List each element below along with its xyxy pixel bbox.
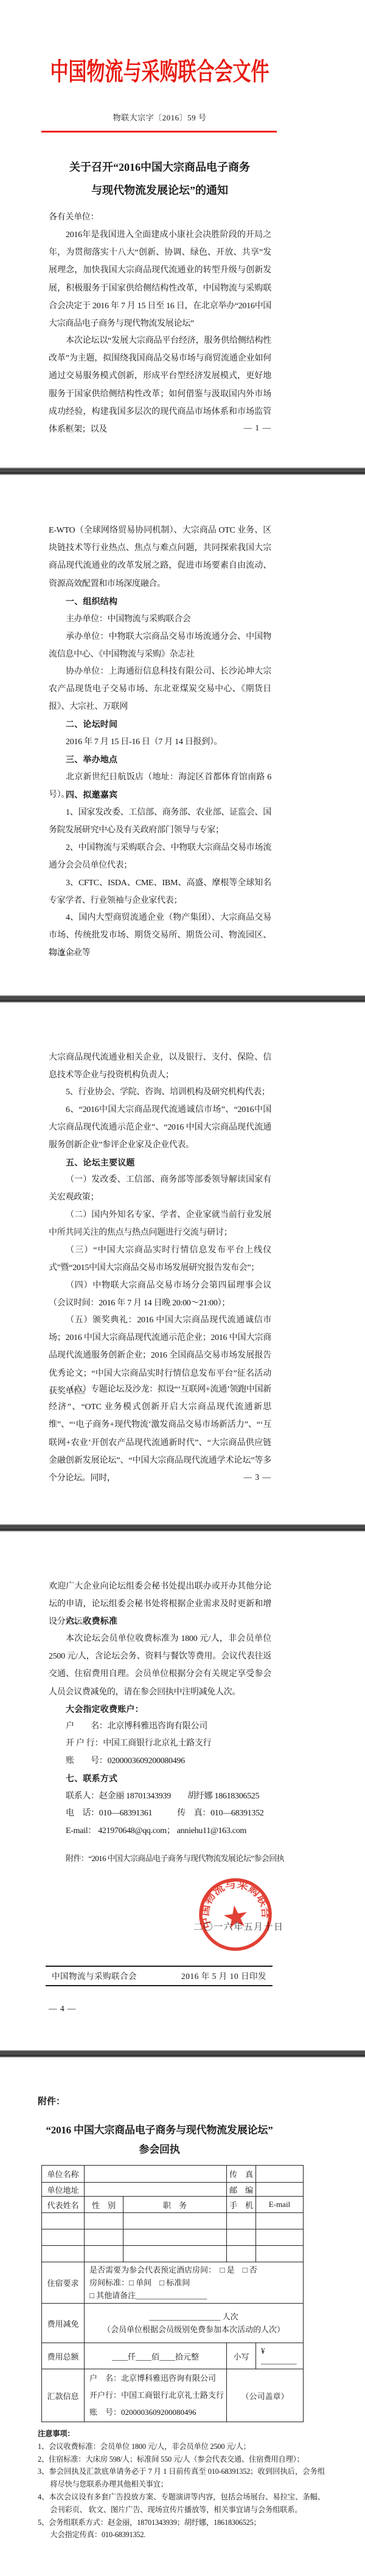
table-row-lodging: 住宿要求 是否需要为参会代表预定酒店房间： □ 是 □ 否 房间标准：□ 单间 … — [42, 2262, 304, 2304]
table-row: 单位地址 邮 编 — [42, 2183, 304, 2197]
paragraph-theme-continued: E-WTO（全球网络贸易协同机制）、大宗商品 OTC 业务、区块链技术等行业热点… — [49, 522, 271, 593]
table-row-remit: 汇款信息 户 名：北京博科雅迅咨询有限公司 开户行：中国工商银行北京礼士路支行 … — [42, 2369, 304, 2422]
seal-graphic: 中国物流与采购联合会 ★ — [192, 1871, 279, 1958]
page-number-4: — 4 — — [49, 2000, 271, 2017]
section-3-heading: 三、举办地点 — [49, 751, 271, 768]
lodging-need-checkboxes: 是否需要为参会代表预定酒店房间： □ 是 □ 否 — [89, 2263, 301, 2276]
attachment-title-line2: 参会回执 — [26, 2141, 293, 2156]
cell-blank — [85, 2213, 123, 2229]
section-2-heading: 二、论坛时间 — [49, 716, 271, 733]
page-break-band-1 — [0, 468, 365, 475]
note-2: 2、住宿标准：大床房 598/人；标准间 550 元/人（参会代表交通、住宿费用… — [38, 2453, 325, 2466]
notes-section: 注意事项： 1、会议收费标准：会员单位 1800 元/人，非会员单位 2500 … — [38, 2428, 325, 2541]
host-unit: 主办单位：中国物流与采购联合会 — [49, 610, 271, 628]
notice-title-line1: 关于召开“2016中国大宗商品电子商务 — [36, 159, 283, 174]
cell-mobile-header: 手 机 — [227, 2197, 256, 2213]
cell-blank — [256, 2213, 304, 2229]
table-blank-row — [42, 2213, 304, 2229]
cell-waiver-content: __________________ 人次 （会员单位根据会员级别免费参加本次活… — [85, 2304, 304, 2343]
note-5-fax: 大会指定传真：010-68391352. — [38, 2529, 325, 2541]
document-number: 物联大宗字〔2016〕59 号 — [36, 111, 283, 123]
cell-blank — [227, 2246, 256, 2262]
cell-zip-label: 邮 编 — [227, 2183, 256, 2197]
account-bank: 开 户 行：中国工商银行北京礼士路支行 — [49, 1735, 271, 1752]
cell-company-address-label: 单位地址 — [42, 2183, 85, 2197]
note-3: 3、参会回执及汇款底单请务必于 7 月 1 日前传真至 010-68391352… — [38, 2465, 325, 2491]
table-blank-row — [42, 2229, 304, 2246]
page-break-band-2 — [0, 995, 365, 1003]
section-1-heading: 一、组织结构 — [49, 593, 271, 610]
cell-blank — [42, 2229, 85, 2246]
note-4: 4、本次会议设有多套广告投放方案、专题演讲等内容，包括会场展台、易拉宝、条幅、会… — [38, 2491, 325, 2516]
cell-remit-label: 汇款信息 — [42, 2369, 85, 2422]
cell-total-label: 费用总额 — [42, 2343, 85, 2369]
waiver-count-blank: __________________ 人次 — [87, 2310, 301, 2323]
cell-blank — [42, 2213, 85, 2229]
note-5: 5、会务组联系方式：赵金丽，18701343939；胡纡娜，1861830652… — [38, 2516, 325, 2529]
waiver-note: （会员单位根据会员级别免费参加本次活动的人次） — [87, 2323, 301, 2336]
reply-form-table: 单位名称 传 真 单位地址 邮 编 代表姓名 性 别 职 务 手 机 E-mai… — [41, 2165, 304, 2422]
section-4-heading: 四、拟邀嘉宾 — [49, 786, 271, 804]
cell-blank — [85, 2229, 123, 2246]
cell-company-name-input — [85, 2166, 227, 2183]
cell-blank — [85, 2246, 123, 2262]
red-divider-line — [41, 131, 277, 133]
remit-account-number: 账 号：0200003609200080496 — [89, 2404, 224, 2421]
cell-fax-input — [256, 2166, 304, 2183]
seal-star-icon: ★ — [220, 1898, 251, 1936]
guest-item-3: 3、CFTC、ISDA、CME、IBM、高盛、摩根等全球知名专家学者、行业领袖与… — [49, 874, 271, 910]
cell-fax-label: 传 真 — [227, 2166, 256, 2183]
section-7-heading: 七、联系方式 — [49, 1770, 271, 1787]
account-heading: 大会指定收费账户： — [49, 1701, 271, 1718]
account-number: 账 号：0200003609200080496 — [49, 1752, 271, 1770]
page-break-band-3 — [0, 1524, 365, 1531]
fee-paragraph: 本次论坛会员单位收费标准为 1800 元/人，非会员单位 2500 元/人，含论… — [49, 1630, 271, 1701]
topic-2: （二）国内外知名专家、学者、企业家就当前行业发展中所共同关注的焦点与热点问题进行… — [49, 1206, 271, 1241]
cell-blank — [123, 2246, 227, 2262]
guest-item-6: 6、“2016中国大宗商品现代流通诚信市场”、“2016中国大宗商品现代流通示范… — [49, 1101, 271, 1155]
footer-print-date: 2016 年 5 月 10 日印发 — [181, 1969, 266, 1981]
cell-blank — [256, 2229, 304, 2246]
lodging-room-type-checkboxes: 房间标准：□ 单间 □ 标准间 — [89, 2276, 301, 2289]
remit-bank: 开户行：中国工商银行北京礼士路支行 — [89, 2387, 224, 2404]
lodging-other-checkbox: □ 其他请备注__________________ — [89, 2289, 301, 2302]
red-letterhead-title: 中国物流与采购联合会文件 — [36, 51, 283, 87]
footer-rule-top — [46, 1966, 273, 1967]
cell-total-words: ____仟____佰____拾元整 — [85, 2343, 227, 2369]
table-header-row: 代表姓名 性 别 职 务 手 机 E-mail — [42, 2197, 304, 2213]
greeting: 各有关单位： — [49, 209, 271, 226]
cell-rep-name-header: 代表姓名 — [42, 2197, 85, 2213]
topic-1: （一）发改委、工信部、商务部等部委领导解读国家有关宏观政策； — [49, 1171, 271, 1206]
account-name: 户 名：北京博科雅迅咨询有限公司 — [49, 1718, 271, 1735]
guest-item-2: 2、中国物流与采购联合会、中物联大宗商品交易市场流通分会会员单位代表； — [49, 839, 271, 874]
guest-item-4-continued: 大宗商品现代流通业相关企业，以及银行、支付、保险、信息技术等企业与投资机构负责人… — [49, 1049, 271, 1084]
footer-issuer: 中国物流与采购联合会 — [52, 1969, 137, 1981]
cell-lodging-label: 住宿要求 — [42, 2262, 85, 2304]
guest-item-5: 5、行业协会、学院、咨询、培训机构及研究机构代表； — [49, 1083, 271, 1101]
cell-gender-header: 性 别 — [85, 2197, 123, 2213]
cell-lodging-options: 是否需要为参会代表预定酒店房间： □ 是 □ 否 房间标准：□ 单间 □ 标准间… — [85, 2262, 304, 2304]
cell-blank — [227, 2213, 256, 2229]
official-seal: 中国物流与采购联合会 ★ — [192, 1871, 279, 1958]
contact-phone-fax: 电 话：010—68391361 传 真：010—68391352 — [49, 1804, 271, 1822]
attachment-reference: 附件：“2016 中国大宗商品电子商务与现代物流发展论坛”参会回执 — [49, 1849, 271, 1867]
guest-item-1: 1、国家发改委、工信部、商务部、农业部、证监会、国务院发展研究中心及有关政府部门… — [49, 804, 271, 839]
table-blank-row — [42, 2246, 304, 2262]
cell-total-small-label: 小写 — [227, 2343, 256, 2369]
contact-email: E-mail： 421970648@qq.com； anniehu11@163.… — [49, 1822, 271, 1840]
attachment-label: 附件： — [38, 2094, 65, 2107]
cell-company-address-input — [85, 2183, 227, 2197]
topic-3: （三）“中国大宗商品实时行情信息发布平台上线仪式”暨“2015中国大宗商品交易市… — [49, 1241, 271, 1277]
cell-company-seal: （公司盖章） — [227, 2369, 304, 2422]
cell-remit-details: 户 名：北京博科雅迅咨询有限公司 开户行：中国工商银行北京礼士路支行 账 号：0… — [85, 2369, 227, 2422]
section-5-heading: 五、论坛主要议题 — [49, 1154, 271, 1172]
page-number-3: — 3 — — [49, 1468, 271, 1486]
cell-blank — [123, 2229, 227, 2246]
forum-time: 2016 年 7 月 15 日-16 日（7 月 14 日报到）。 — [49, 733, 271, 751]
footer-rule-bottom — [46, 1985, 273, 1986]
notes-heading: 注意事项： — [38, 2428, 325, 2440]
notice-title-line2: 与现代物流发展论坛”的通知 — [36, 182, 283, 198]
cell-company-name-label: 单位名称 — [42, 2166, 85, 2183]
page-number-1: — 1 — — [49, 419, 271, 437]
cell-blank — [256, 2246, 304, 2262]
cell-waiver-label: 费用减免 — [42, 2304, 85, 2343]
remit-account-name: 户 名：北京博科雅迅咨询有限公司 — [89, 2370, 224, 2387]
co-organizer-unit: 协办单位：上海通衍信息科技有限公司、长沙沁坤大宗农产品现货电子交易市场、东北亚煤… — [49, 663, 271, 716]
table-row-waiver: 费用减免 __________________ 人次 （会员单位根据会员级别免费… — [42, 2304, 304, 2343]
cell-position-header: 职 务 — [123, 2197, 227, 2213]
cell-blank — [123, 2213, 227, 2229]
contact-persons: 联系人：赵金丽 18701343939 胡纡娜 18618306525 — [49, 1787, 271, 1805]
cell-email-header: E-mail — [256, 2197, 304, 2213]
topic-4: （四）中物联大宗商品交易市场分会第四届理事会议（会议时间：2016 年 7 月 … — [49, 1277, 271, 1312]
table-row: 单位名称 传 真 — [42, 2166, 304, 2183]
attachment-title-line1: “2016 中国大宗商品电子商务与现代物流发展论坛” — [26, 2121, 293, 2136]
organizer-unit: 承办单位：中物联大宗商品交易市场流通分会、中国物流信息中心、《中国物流与采购》杂… — [49, 628, 271, 663]
cell-zip-input — [256, 2183, 304, 2197]
page-break-band-4 — [0, 2050, 365, 2057]
cell-total-amount: ¥ _________ — [256, 2343, 304, 2369]
section-6-heading: 六、收费标准 — [49, 1612, 271, 1630]
page-number-2: — 2 — — [49, 944, 271, 962]
paragraph-intro: 2016年是我国进入全面建成小康社会决胜阶段的开局之年，为贯彻落实十八大“创新、… — [49, 226, 271, 333]
document-scan: 中国物流与采购联合会文件 物联大宗字〔2016〕59 号 关于召开“2016中国… — [0, 0, 365, 2576]
cell-blank — [42, 2246, 85, 2262]
cell-blank — [227, 2229, 256, 2246]
note-1: 1、会议收费标准：会员单位 1800 元/人，非会员单位 2500 元/人； — [38, 2440, 325, 2453]
table-row-total: 费用总额 ____仟____佰____拾元整 小写 ¥ _________ — [42, 2343, 304, 2369]
